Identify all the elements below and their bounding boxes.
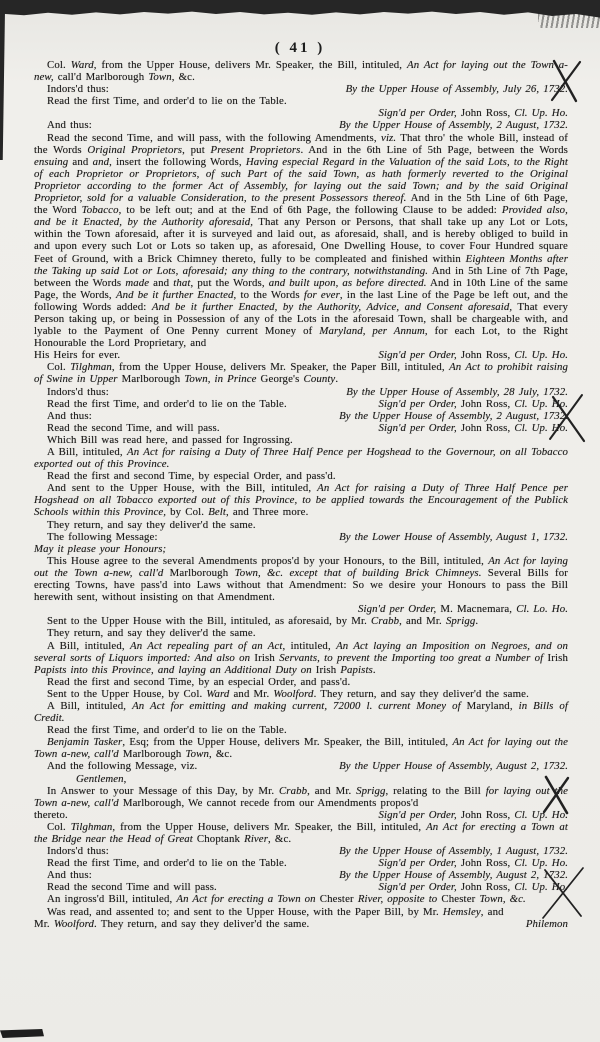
text-block-8: Indors'd thus:By the Upper House of Asse… (34, 386, 568, 398)
text-block-38: An ingross'd Bill, intituled, An Act for… (34, 893, 568, 905)
text-block-1: Indors'd thus:By the Upper House of Asse… (34, 83, 568, 95)
text-block-6: His Heirs for ever.Sign'd per Order, Joh… (34, 349, 568, 361)
row-right-text: By the Upper House of Assembly, 28 July,… (346, 386, 568, 398)
handwritten-x-mark (535, 866, 591, 920)
text-block-23: A Bill, intituled, An Act repealing part… (34, 640, 568, 676)
row-left-text: And the following Message, viz. (34, 760, 197, 772)
row-right-text: By the Upper House of Assembly, 1 August… (339, 845, 568, 857)
row-left-text: Indors'd thus: (34, 386, 109, 398)
text-block-29: And the following Message, viz.By the Up… (34, 760, 568, 772)
row-right-text: By the Upper House of Assembly, July 26,… (346, 83, 568, 95)
row-right-text: Sign'd per Order, John Ross, Cl. Up. Ho. (379, 349, 569, 361)
row-right-text: Sign'd per Order, John Ross, Cl. Up. Ho. (379, 398, 569, 410)
text-block-25: Sent to the Upper House, by Col. Ward an… (34, 688, 568, 700)
text-block-18: May it please your Honours; (34, 543, 568, 555)
text-block-30: Gentlemen, (34, 773, 568, 785)
text-block-39: Was read, and assented to; and sent to t… (34, 906, 568, 918)
text-block-32: thereto.Sign'd per Order, John Ross, Cl.… (34, 809, 568, 821)
text-block-37: Read the second Time and will pass.Sign'… (34, 881, 568, 893)
text-block-12: Which Bill was read here, and passed for… (34, 434, 568, 446)
text-block-15: And sent to the Upper House, with the Bi… (34, 482, 568, 518)
handwritten-x-mark (547, 58, 587, 104)
row-left-text: thereto. (34, 809, 68, 821)
text-block-17: The following Message:By the Lower House… (34, 531, 568, 543)
row-right-text: Sign'd per Order, John Ross, Cl. Up. Ho. (379, 422, 569, 434)
text-block-22: They return, and say they deliver'd the … (34, 627, 568, 639)
row-right-text: By the Upper House of Assembly, 2 August… (339, 410, 568, 422)
text-block-40: Mr. Woolford. They return, and say they … (34, 918, 568, 930)
text-block-31: In Answer to your Message of this Day, b… (34, 785, 568, 809)
page-number: ( 41 ) (0, 40, 600, 57)
row-left-text: And thus: (34, 119, 92, 131)
row-right-text: By the Lower House of Assembly, August 1… (339, 531, 568, 543)
text-block-4: And thus:By the Upper House of Assembly,… (34, 119, 568, 131)
text-block-28: Benjamin Tasker, Esq; from the Upper Hou… (34, 736, 568, 760)
text-block-0: Col. Ward, from the Upper House, deliver… (34, 59, 568, 83)
text-block-16: They return, and say they deliver'd the … (34, 519, 568, 531)
text-block-20: Sign'd per Order, M. Macnemara, Cl. Lo. … (34, 603, 568, 615)
scan-corner-speckle (538, 12, 600, 28)
text-block-33: Col. Tilghman, from the Upper House, del… (34, 821, 568, 845)
row-left-text: Indors'd thus: (34, 845, 109, 857)
text-block-2: Read the first Time, and order'd to lie … (34, 95, 568, 107)
row-left-text: And thus: (34, 410, 92, 422)
text-block-36: And thus:By the Upper House of Assembly,… (34, 869, 568, 881)
text-block-35: Read the first Time, and order'd to lie … (34, 857, 568, 869)
text-block-9: Read the first Time, and order'd to lie … (34, 398, 568, 410)
row-left-text: And thus: (34, 869, 92, 881)
row-left-text: Read the first Time, and order'd to lie … (34, 857, 287, 869)
handwritten-x-mark (540, 774, 574, 816)
text-block-13: A Bill, intituled, An Act for raising a … (34, 446, 568, 470)
text-block-14: Read the first and second Time, by espec… (34, 470, 568, 482)
text-block-19: This House agree to the several Amendmen… (34, 555, 568, 603)
text-block-10: And thus:By the Upper House of Assembly,… (34, 410, 568, 422)
row-left-text: Indors'd thus: (34, 83, 109, 95)
row-right-text: By the Upper House of Assembly, August 2… (339, 760, 568, 772)
text-block-21: Sent to the Upper House with the Bill, i… (34, 615, 568, 627)
row-left-text: Read the first Time, and order'd to lie … (34, 398, 287, 410)
text-block-26: A Bill, intituled, An Act for emitting a… (34, 700, 568, 724)
row-right-text: By the Upper House of Assembly, 2 August… (339, 119, 568, 131)
row-left-text: Mr. Woolford. They return, and say they … (34, 918, 309, 930)
text-block-7: Col. Tilghman, from the Upper House, del… (34, 361, 568, 385)
text-block-27: Read the first Time, and order'd to lie … (34, 724, 568, 736)
handwritten-x-mark (544, 393, 592, 445)
row-right-text: By the Upper House of Assembly, August 2… (339, 869, 568, 881)
text-block-3: Sign'd per Order, John Ross, Cl. Up. Ho. (34, 107, 568, 119)
document-text: Col. Ward, from the Upper House, deliver… (34, 59, 568, 930)
text-block-5: Read the second Time, and will pass, wit… (34, 132, 568, 350)
row-left-text: Read the second Time, and will pass. (34, 422, 220, 434)
row-left-text: Read the second Time and will pass. (34, 881, 217, 893)
text-block-24: Read the first and second Time, by an es… (34, 676, 568, 688)
scan-left-edge (0, 10, 5, 160)
scanned-document-page: ( 41 ) Col. Ward, from the Upper House, … (0, 0, 600, 1042)
scan-bottom-mark (0, 1029, 44, 1038)
text-block-11: Read the second Time, and will pass.Sign… (34, 422, 568, 434)
row-left-text: His Heirs for ever. (34, 349, 120, 361)
row-left-text: The following Message: (34, 531, 158, 543)
scan-top-edge (0, 0, 600, 20)
text-block-34: Indors'd thus:By the Upper House of Asse… (34, 845, 568, 857)
